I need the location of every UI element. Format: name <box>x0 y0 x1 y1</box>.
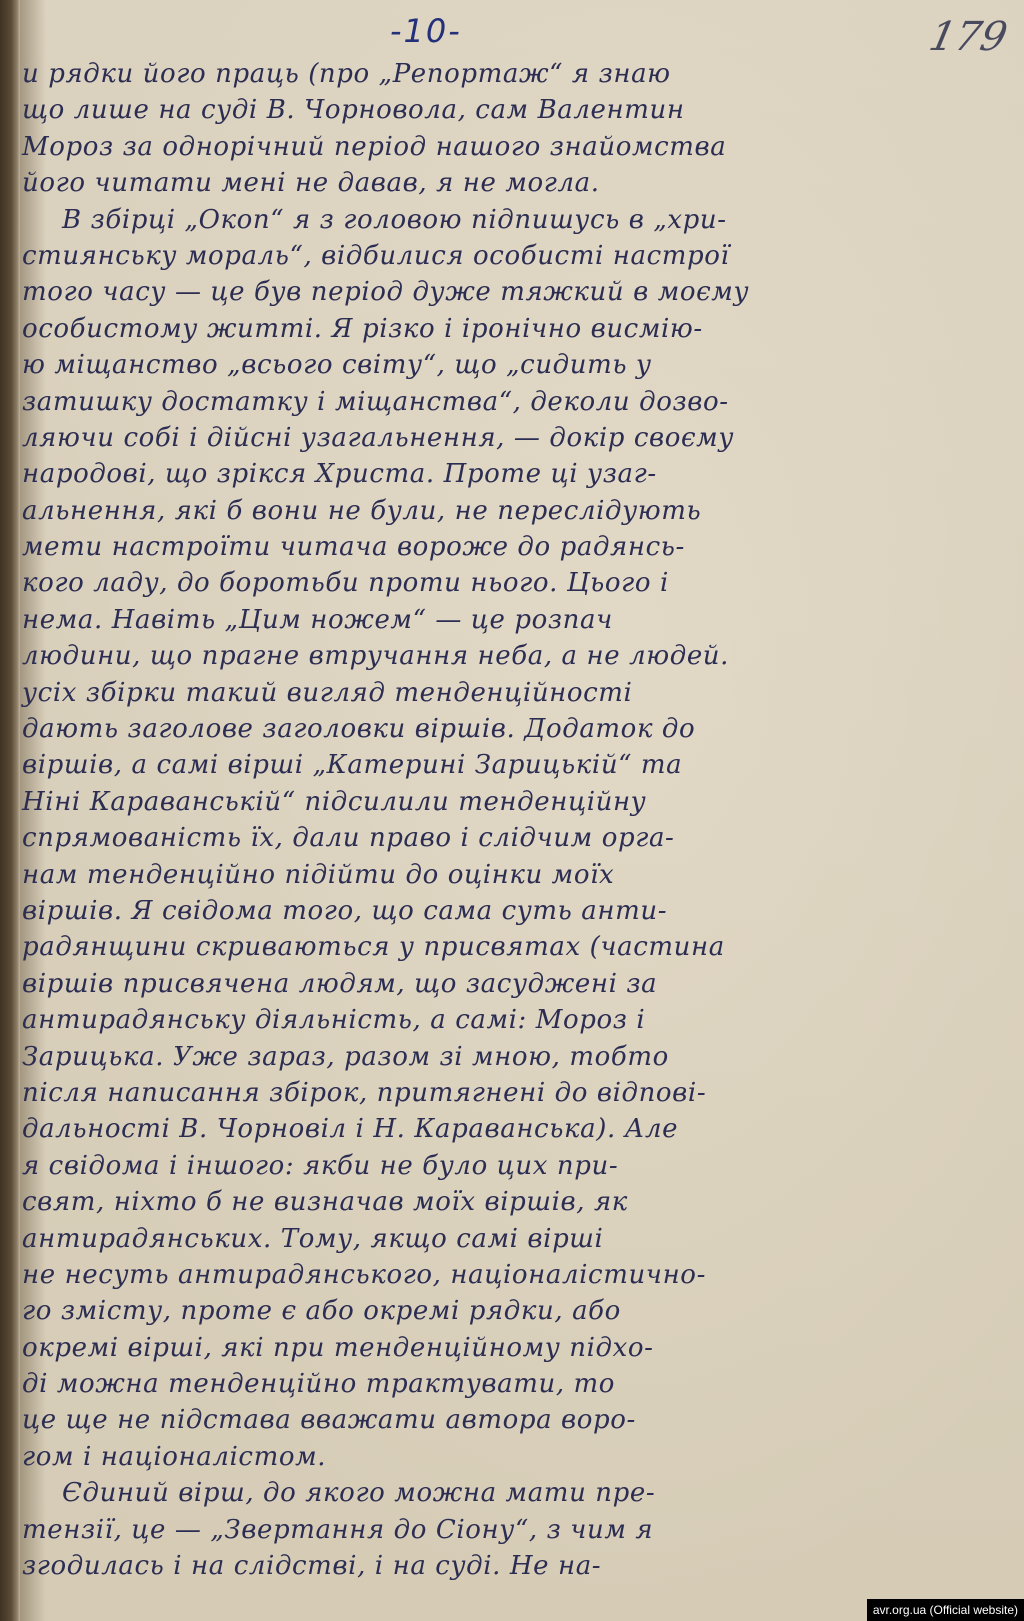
text-line: стиянську мораль“, відбилися особисті на… <box>22 238 1012 274</box>
text-line: Зарицька. Уже зараз, разом зі мною, тобт… <box>22 1039 1012 1075</box>
text-line: згодилась і на слідстві, і на суді. Не н… <box>22 1548 1012 1584</box>
text-line: ді можна тенденційно трактувати, то <box>22 1366 1012 1402</box>
text-line: и рядки його праць (про „Репортаж“ я зна… <box>22 56 1012 92</box>
text-line: альнення, які б вони не були, не переслі… <box>22 493 1012 529</box>
text-line: Ніні Караванській“ підсилили тенденційну <box>22 784 1012 820</box>
book-binding-edge <box>0 0 20 1621</box>
text-line: свят, ніхто б не визначав моїх віршів, я… <box>22 1184 1012 1220</box>
text-line: спрямованість їх, дали право і слідчим о… <box>22 820 1012 856</box>
text-line: усіх збірки такий вигляд тенденційності <box>22 675 1012 711</box>
text-line: антирадянську діяльність, а самі: Мороз … <box>22 1002 1012 1038</box>
text-line: це ще не підстава вважати автора воро- <box>22 1402 1012 1438</box>
source-watermark: avr.org.ua (Official website) <box>867 1599 1024 1621</box>
text-line: радянщини скриваються у присвятах (части… <box>22 929 1012 965</box>
page-number: -10- <box>390 12 462 50</box>
text-line: нема. Навіть „Цим ножем“ — це розпач <box>22 602 1012 638</box>
text-line: його читати мені не давав, я не могла. <box>22 165 1012 201</box>
text-line: віршів. Я свідома того, що сама суть ант… <box>22 893 1012 929</box>
text-line: після написання збірок, притягнені до ві… <box>22 1075 1012 1111</box>
text-line: кого ладу, до боротьби проти нього. Цьог… <box>22 565 1012 601</box>
text-line: ляючи собі і дійсні узагальнення, — докі… <box>22 420 1012 456</box>
text-line: окремі вірші, які при тенденційному підх… <box>22 1330 1012 1366</box>
text-line: затишку достатку і міщанства“, деколи до… <box>22 384 1012 420</box>
text-line: не несуть антирадянського, націоналістич… <box>22 1257 1012 1293</box>
text-line: антирадянських. Тому, якщо самі вірші <box>22 1221 1012 1257</box>
archive-folio-number: 179 <box>925 14 1011 60</box>
text-line: гом і націоналістом. <box>22 1439 1012 1475</box>
text-line: того часу — це був період дуже тяжкий в … <box>22 274 1012 310</box>
text-line: що лише на суді В. Чорновола, сам Валент… <box>22 92 1012 128</box>
text-line: віршів присвячена людям, що засуджені за <box>22 966 1012 1002</box>
text-line: нам тенденційно підійти до оцінки моїх <box>22 857 1012 893</box>
text-line: дальності В. Чорновіл і Н. Караванська).… <box>22 1111 1012 1147</box>
text-line-paragraph-start: В збірці „Окоп“ я з головою підпишусь в … <box>22 202 1012 238</box>
text-line: народові, що зрікся Христа. Проте ці уза… <box>22 456 1012 492</box>
text-line: я свідома і іншого: якби не було цих при… <box>22 1148 1012 1184</box>
text-line-paragraph-start: Єдиний вірш, до якого можна мати пре- <box>22 1475 1012 1511</box>
text-line: мети настроїти читача вороже до радянсь- <box>22 529 1012 565</box>
text-line: віршів, а самі вірші „Катерині Зарицькій… <box>22 747 1012 783</box>
text-line: го змісту, проте є або окремі рядки, або <box>22 1293 1012 1329</box>
text-line: особистому житті. Я різко і іронічно вис… <box>22 311 1012 347</box>
text-line: тензії, це — „Звертання до Сіону“, з чим… <box>22 1512 1012 1548</box>
text-line: дають заголове заголовки віршів. Додаток… <box>22 711 1012 747</box>
handwritten-text-body: и рядки його праць (про „Репортаж“ я зна… <box>22 56 1012 1584</box>
text-line: ю міщанство „всього світу“, що „сидить у <box>22 347 1012 383</box>
text-line: Мороз за однорічний період нашого знайом… <box>22 129 1012 165</box>
text-line: людини, що прагне втручання неба, а не л… <box>22 638 1012 674</box>
